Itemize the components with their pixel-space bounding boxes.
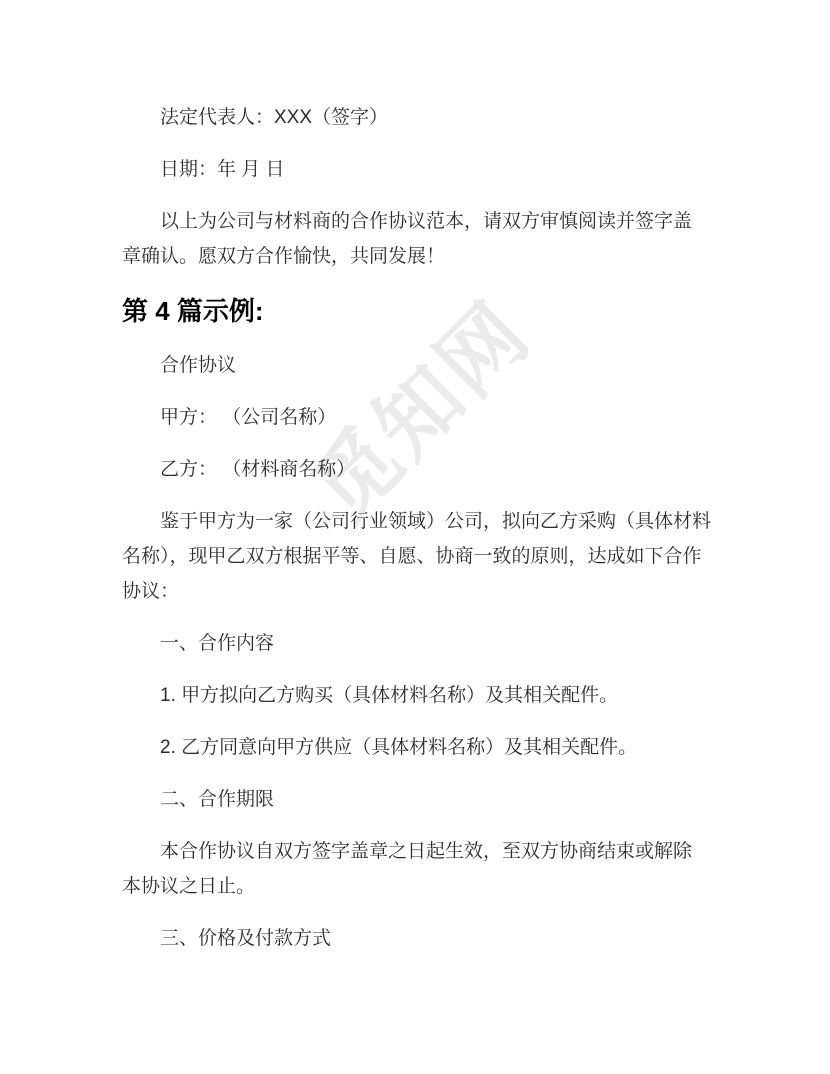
paragraph-agreement-title: 合作协议 — [122, 348, 762, 383]
paragraph-party-a: 甲方： （公司名称） — [122, 400, 762, 435]
document-body: 法定代表人：XXX（签字） 日期：年 月 日 以上为公司与材料商的合作协议范本，… — [122, 100, 762, 973]
document-page: 觅知网 法定代表人：XXX（签字） 日期：年 月 日 以上为公司与材料商的合作协… — [0, 0, 830, 1074]
section-heading-example-4: 第 4 篇示例: — [122, 291, 762, 331]
paragraph-date: 日期：年 月 日 — [122, 152, 762, 187]
paragraph-section-1-title: 一、合作内容 — [122, 626, 762, 661]
paragraph-party-b: 乙方： （材料商名称） — [122, 452, 762, 487]
paragraph-item-2: 2. 乙方同意向甲方供应（具体材料名称）及其相关配件。 — [122, 730, 762, 765]
paragraph-item-1: 1. 甲方拟向乙方购买（具体材料名称）及其相关配件。 — [122, 678, 762, 713]
paragraph-closing-note: 以上为公司与材料商的合作协议范本，请双方审慎阅读并签字盖 章确认。愿双方合作愉快… — [122, 204, 762, 274]
paragraph-section-3-title: 三、价格及付款方式 — [122, 921, 762, 956]
paragraph-legal-representative: 法定代表人：XXX（签字） — [122, 100, 762, 135]
paragraph-section-2-title: 二、合作期限 — [122, 782, 762, 817]
paragraph-preamble: 鉴于甲方为一家（公司行业领域）公司，拟向乙方采购（具体材料 名称），现甲乙双方根… — [122, 504, 762, 609]
paragraph-term-body: 本合作协议自双方签字盖章之日起生效，至双方协商结束或解除 本协议之日止。 — [122, 834, 762, 904]
